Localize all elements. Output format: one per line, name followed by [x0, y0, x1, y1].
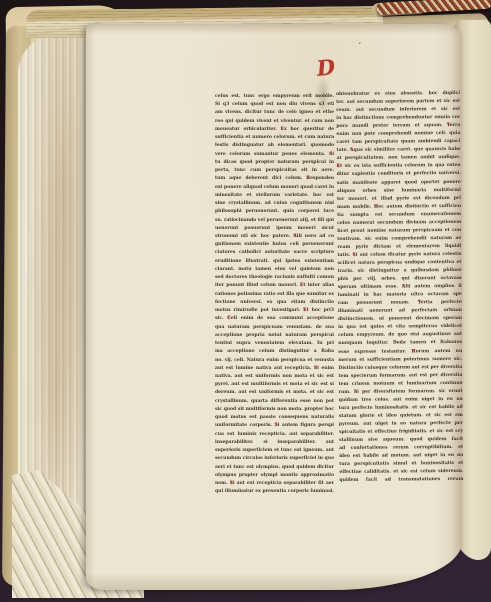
text-line: iter ponunt illud celum moueri. ¶ Et int… — [215, 282, 334, 290]
text-line: Si q3 celum quod est non diu vivens s3 e… — [215, 101, 334, 109]
text-line: moueatur orbiculariter. ¶ Ex hoc queritu… — [215, 126, 334, 134]
text-line: sufficientia et numero celorum. et cum n… — [215, 134, 334, 142]
text-line: tentiui supra venustatem elevatam. In pr… — [215, 340, 334, 348]
text-line: sic quod sit multiformis non mota. propt… — [215, 406, 334, 414]
text-column-right: obtenebratur ex eius absentia. hoc dupli… — [336, 90, 463, 487]
rubric-folio-mark: D — [310, 52, 343, 85]
text-line: philosophi peruenerunt. quia corporei lu… — [215, 208, 334, 216]
text-line: dereum. aut est uniformis et mota. et si… — [215, 389, 334, 397]
text-line: acceptione propria notat naturam perspic… — [215, 332, 334, 340]
text-line: am vivens. dicitur tunc de celo igneo et… — [215, 109, 334, 117]
text-line: gnitionem existentie huius celi peruener… — [215, 241, 334, 249]
text-line: crystallinum. quarta differentia esse no… — [215, 398, 334, 406]
book-photo-stage: D ’ celus est. tunc ergo empyreum erit m… — [0, 0, 491, 602]
text-line: sine crystallinum. ad cuius cognitionem … — [215, 200, 334, 208]
text-line: sed doctores theologie racionis suffulti… — [215, 274, 334, 282]
text-line: ma acceptione celum distinguitur a Raba — [215, 348, 334, 356]
text-line: est ponere aliquod celum moueri quod car… — [215, 184, 334, 192]
text-line: inseparabiliter. si inseparabiliter. aut… — [215, 439, 334, 447]
text-line: rationes potissima ratio est illa que su… — [215, 291, 334, 299]
text-line: motus rimirudie pot investigari. ¶ Et ho… — [215, 307, 334, 315]
text-line: stronomi uti sic hoc patere. ¶ Alii uero… — [215, 233, 334, 241]
text-line: uenerunt posuerunt ipsum moueri sicut qu… — [215, 225, 334, 233]
text-line: no. vij. celi. Natura enim perspicua et … — [215, 357, 334, 365]
text-line: perta, tunc cum perspicuitas sit in aere… — [215, 167, 334, 175]
text-line: tum aque deberent dici celum. ¶ Responde… — [215, 175, 334, 183]
text-line: tu dicas quod propter naturam perspicui … — [215, 159, 334, 167]
text-line: secundum circulos inferioris superficiei… — [215, 455, 334, 463]
text-line: quidem facit ad transmutationes rerum in… — [339, 476, 463, 485]
text-line: fectione universi. ex qua etiam distinct… — [215, 299, 334, 307]
text-line: qua naturam perspicuam venustam. de sua … — [215, 324, 334, 332]
text-line: minositate et stellarum varietate. hoc e… — [215, 192, 334, 200]
text-line: aeri et tunc est olympius. quod quidem d… — [215, 464, 334, 472]
text-line: vere celorum sumantur penes elementa. ¶ … — [215, 151, 334, 159]
text-line: clarant. motu tamen eius vel quietem non… — [215, 266, 334, 274]
text-line: nativa. aut est uniformis non mota et si… — [215, 373, 334, 381]
text-line: celus est. tunc ergo empyreum erit mobil… — [215, 93, 334, 101]
text-line: nem. ¶ Si aut est recepticia separabilit… — [215, 480, 334, 488]
text-line: cua est luminis recepticia. aut separabi… — [215, 431, 334, 439]
text-line: eruditione illustrati. qui ipsius existe… — [215, 258, 334, 266]
text-line: sic. ¶ Celi enim de sua communi acceptio… — [215, 315, 334, 323]
text-line: lestis distinguatur ab elementari. quomo… — [215, 142, 334, 150]
text-line: su. ratiocinando vel peruenerunt alij. e… — [215, 217, 334, 225]
text-column-left: celus est. tunc ergo empyreum erit mobil… — [215, 93, 334, 499]
text-line: olympus propter olympi montis approximat… — [215, 472, 334, 480]
text-line: aut est lumine nativa aut recepticia. ¶ … — [215, 365, 334, 373]
text-line: qui illuminatur ex presentia corporis lu… — [215, 488, 334, 496]
text-line: pyrei. aut est multiformis et mota et si… — [215, 381, 334, 389]
text-line: superioris superficiem et tunc est igneu… — [215, 447, 334, 455]
text-line: reo qui quidem vivent et viventur. et cu… — [215, 118, 334, 126]
text-line: quod motus est passio consequens natural… — [215, 414, 334, 422]
text-line: ciatores catholici autoritate sacre scri… — [215, 249, 334, 257]
text-line: uniformitate corporis. ¶ Si autem figura… — [215, 422, 334, 430]
